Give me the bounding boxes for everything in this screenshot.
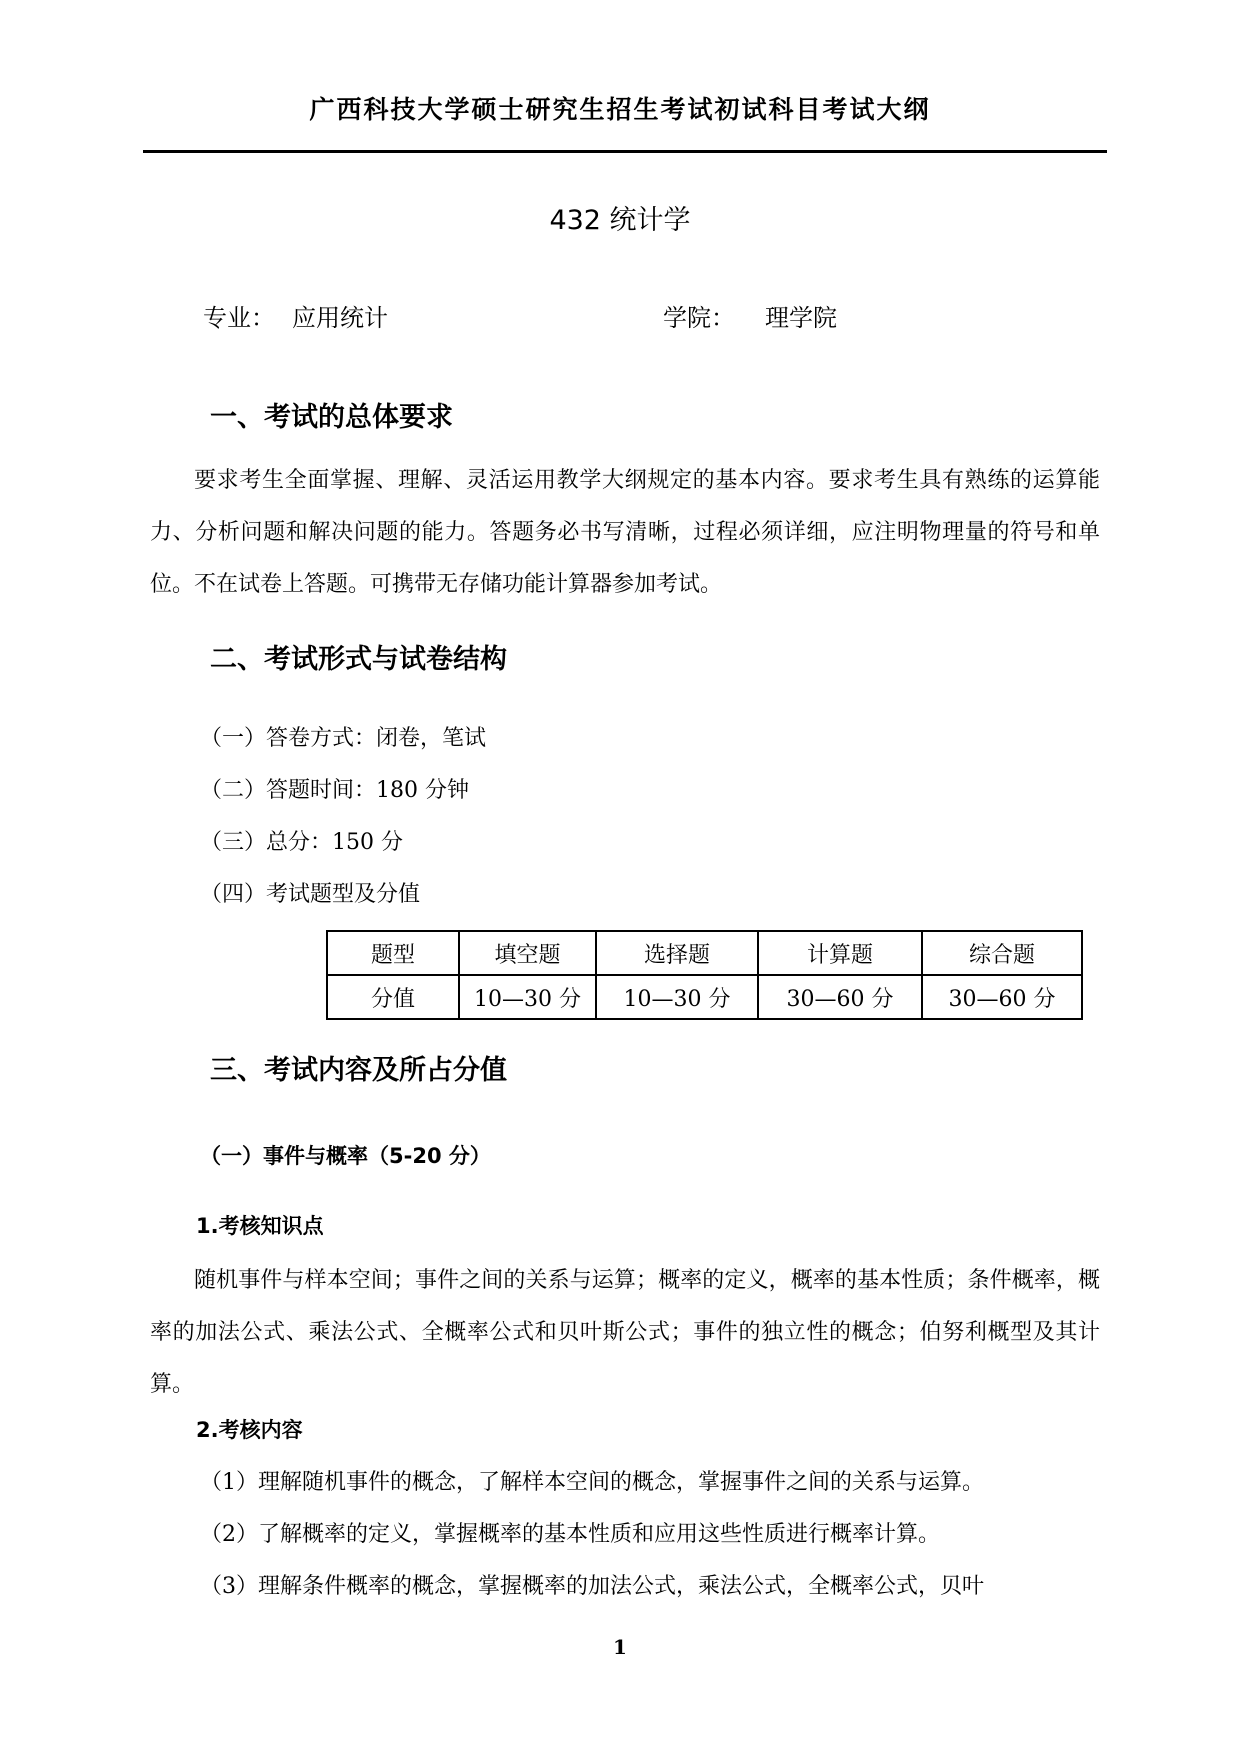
section-heading-exam-content: 三、考试内容及所占分值 (210, 1048, 507, 1087)
page-number: 1 (0, 1635, 1240, 1659)
table-cell: 计算题 (758, 931, 922, 975)
assessment-content-title: 2.考核内容 (196, 1414, 303, 1444)
table-header-row: 题型 填空题 选择题 计算题 综合题 (327, 931, 1082, 975)
table-cell: 30—60 分 (758, 975, 922, 1019)
table-row: 分值 10—30 分 10—30 分 30—60 分 30—60 分 (327, 975, 1082, 1019)
college-label: 学院： (663, 298, 735, 333)
subsection-heading-events-probability: （一）事件与概率（5-20 分） (200, 1140, 491, 1170)
table-cell: 分值 (327, 975, 459, 1019)
content-item: （3）理解条件概率的概念，掌握概率的加法公式，乘法公式，全概率公式，贝叶 (200, 1569, 984, 1600)
content-item: （1）理解随机事件的概念，了解样本空间的概念，掌握事件之间的关系与运算。 (200, 1465, 984, 1496)
document-title: 432 统计学 (0, 198, 1240, 237)
table-cell: 10—30 分 (596, 975, 758, 1019)
table-cell: 10—30 分 (459, 975, 596, 1019)
score-table: 题型 填空题 选择题 计算题 综合题 分值 10—30 分 10—30 分 30… (326, 930, 1083, 1020)
college-value: 理学院 (765, 298, 837, 333)
major-label: 专业： (203, 298, 275, 333)
knowledge-points-text: 随机事件与样本空间；事件之间的关系与运算；概率的定义，概率的基本性质；条件概率，… (150, 1255, 1100, 1411)
content-item: （2）了解概率的定义，掌握概率的基本性质和应用这些性质进行概率计算。 (200, 1517, 940, 1548)
major-value: 应用统计 (292, 298, 388, 333)
table-cell: 综合题 (922, 931, 1082, 975)
format-item-total-score: （三）总分：150 分 (200, 825, 403, 856)
section-heading-exam-format: 二、考试形式与试卷结构 (210, 637, 507, 676)
knowledge-points-title: 1.考核知识点 (196, 1210, 324, 1240)
table-cell: 题型 (327, 931, 459, 975)
table-cell: 填空题 (459, 931, 596, 975)
running-header: 广西科技大学硕士研究生招生考试初试科目考试大纲 (0, 90, 1240, 126)
format-item-question-types: （四）考试题型及分值 (200, 877, 420, 908)
table-cell: 选择题 (596, 931, 758, 975)
section-paragraph-general-requirements: 要求考生全面掌握、理解、灵活运用教学大纲规定的基本内容。要求考生具有熟练的运算能… (150, 455, 1100, 611)
table-cell: 30—60 分 (922, 975, 1082, 1019)
section-heading-general-requirements: 一、考试的总体要求 (210, 395, 453, 434)
header-divider (143, 150, 1107, 153)
format-item-duration: （二）答题时间：180 分钟 (200, 773, 469, 804)
format-item-answer-method: （一）答卷方式：闭卷，笔试 (200, 721, 486, 752)
